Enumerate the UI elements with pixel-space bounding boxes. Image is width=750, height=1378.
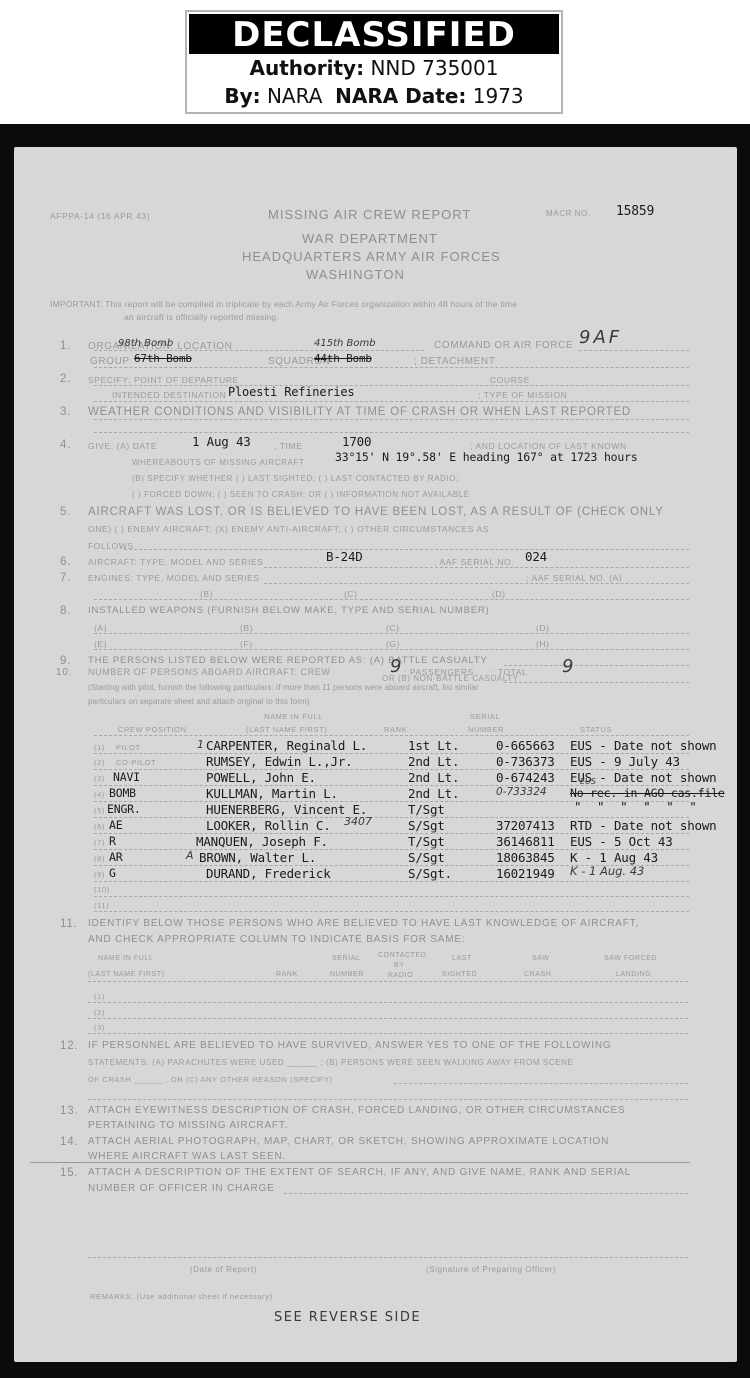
loss-cause-label: AIRCRAFT WAS LOST, OR IS BELIEVED TO HAV… [88, 506, 664, 518]
rule [88, 1033, 688, 1034]
s11-header-rank: RANK [276, 971, 298, 978]
s11-header-last: SIGHTED [442, 971, 477, 978]
crew-name: DURAND, Frederick [206, 866, 331, 881]
rule [94, 385, 689, 386]
crew-rank: 2nd Lt. [408, 770, 459, 785]
section-11-line-1: IDENTIFY BELOW THOSE PERSONS WHO ARE BEL… [88, 918, 639, 929]
squadron-value: 44th Bomb [314, 352, 372, 365]
section-12-line-1: IF PERSONNEL ARE BELIEVED TO HAVE SURVIV… [88, 1040, 611, 1051]
time-label: , TIME [274, 441, 302, 451]
crew-rank: T/Sgt [408, 834, 445, 849]
crew-count: 9 [390, 656, 401, 677]
name-handwritten: 3407 [344, 815, 372, 828]
crew-serial: 16021949 [496, 866, 555, 881]
rule [284, 1193, 688, 1194]
crew-status: K - 1 Aug. 43 [570, 864, 644, 878]
loss-cause-options: ONE) ( ) ENEMY AIRCRAFT; (X) ENEMY ANTI-… [88, 524, 489, 534]
authority-label: Authority: [250, 56, 365, 80]
section-13-line-1: ATTACH EYEWITNESS DESCRIPTION OF CRASH, … [88, 1105, 625, 1116]
s11-row-2: (2) [94, 1008, 105, 1017]
date-label: NARA Date: [335, 84, 466, 108]
squadron-handwritten: 415th Bomb [314, 338, 376, 349]
crew-position: AE [109, 818, 122, 832]
row-number: (1) [94, 743, 105, 752]
engine-b-label: (B) [200, 589, 213, 599]
section-10-number: 10. [56, 667, 72, 678]
rule [94, 633, 689, 634]
declassified-stamp: DECLASSIFIED Authority: NND 735001 By: N… [185, 10, 563, 114]
s11-header-contacted: RADIO [388, 972, 413, 979]
rule [94, 599, 689, 600]
engine-d-label: (D) [492, 589, 506, 599]
crew-position: R [109, 834, 116, 848]
header-name: (LAST NAME FIRST) [246, 725, 327, 734]
macr-label: MACR NO. [546, 209, 591, 218]
crew-rank: S/Sgt [408, 850, 445, 865]
crew-name: RUMSEY, Edwin L.,Jr. [206, 754, 353, 769]
crew-rank: 2nd Lt. [408, 754, 459, 769]
dept-line: WAR DEPARTMENT [302, 231, 438, 246]
weapon-d: (D) [536, 623, 550, 633]
rule [124, 549, 689, 550]
date-label: GIVE: (A) DATE [88, 441, 157, 451]
rule [94, 350, 424, 351]
crew-serial: 0-665663 [496, 738, 555, 753]
city-line: WASHINGTON [306, 267, 405, 282]
signature-rule [88, 1257, 688, 1258]
crew-position: PILOT [116, 743, 141, 752]
section-12-line-2: STATEMENTS: (A) PARACHUTES WERE USED ___… [88, 1058, 574, 1067]
by-value: NARA [267, 84, 322, 108]
crash-options: ( ) FORCED DOWN; ( ) SEEN TO CRASH; OR (… [132, 490, 470, 499]
section-12-line-3: OF CRASH ______ ; OR (C) ANY OTHER REASO… [88, 1075, 333, 1084]
stamp-title: DECLASSIFIED [189, 14, 559, 54]
s11-header-name-top: NAME IN FULL [98, 955, 153, 962]
rule [94, 419, 689, 420]
loss-date: 1 Aug 43 [192, 434, 251, 449]
crew-position: AR [109, 850, 122, 864]
s11-header-contacted-top: CONTACTED [378, 952, 426, 959]
rule [504, 682, 689, 683]
group-handwritten: 98th Bomb [118, 338, 173, 349]
rule [94, 649, 689, 650]
s11-row-1: (1) [94, 992, 105, 1001]
section-4-number: 4. [60, 439, 71, 451]
rule [88, 1002, 688, 1003]
weapon-b: (B) [240, 623, 253, 633]
report-page: AFPPA-14 (16 APR 43) MISSING AIR CREW RE… [14, 147, 737, 1362]
rule [94, 401, 689, 402]
section-7-number: 7. [60, 572, 71, 584]
crew-name: KULLMAN, Martin L. [206, 786, 338, 801]
s11-header-saw-top: SAW [532, 955, 550, 962]
handwritten-mark: A [186, 849, 194, 862]
header-serial: NUMBER [468, 725, 504, 734]
s11-row-3: (3) [94, 1023, 105, 1032]
important-note-1: IMPORTANT: This report will be compiled … [50, 299, 517, 309]
rule [94, 735, 689, 736]
stamp-by-date: By: NARA NARA Date: 1973 [187, 82, 561, 110]
crew-rank: 2nd Lt. [408, 786, 459, 801]
header-rank: RANK [384, 725, 407, 734]
row-number: (7) [94, 838, 105, 847]
crew-rank: T/Sgt [408, 802, 445, 817]
crew-rank: 1st Lt. [408, 738, 459, 753]
crew-serial: 18063845 [496, 850, 555, 865]
weapons-label: INSTALLED WEAPONS (FURNISH BELOW MAKE, T… [88, 605, 490, 616]
s11-header-name: (LAST NAME FIRST) [88, 971, 165, 978]
section-12-number: 12. [60, 1040, 78, 1052]
sighting-options: (B) SPECIFY WHETHER ( ) LAST SIGHTED; ( … [132, 474, 459, 483]
total-count: 9 [562, 656, 573, 677]
status-handwritten: EUS [580, 777, 596, 786]
crew-serial: 36146811 [496, 834, 555, 849]
rule [394, 1083, 688, 1084]
s11-header-serial: NUMBER [330, 971, 364, 978]
crew-name: POWELL, John E. [206, 770, 316, 785]
signature-label: (Signature of Preparing Officer) [426, 1265, 556, 1274]
section-9-number: 9. [60, 655, 71, 667]
rule [94, 432, 689, 433]
macr-number: 15859 [616, 204, 654, 219]
rule [504, 665, 689, 666]
aircraft-serial-label: ; AAF SERIAL NO. [434, 557, 514, 567]
rule [94, 367, 689, 368]
crew-name: BROWN, Walter L. [199, 850, 316, 865]
rule [88, 1018, 688, 1019]
section-3-number: 3. [60, 406, 71, 418]
command-label: COMMAND OR AIR FORCE [434, 340, 573, 351]
row-number: (4) [94, 790, 105, 799]
form-title: MISSING AIR CREW REPORT [268, 207, 471, 222]
form-id: AFPPA-14 (16 APR 43) [50, 211, 150, 221]
handwritten-mark: 1 [197, 738, 204, 751]
important-note-2: an aircraft is officially reported missi… [124, 312, 279, 322]
weapon-g: (G) [386, 639, 400, 649]
aircraft-serial: 024 [525, 549, 547, 564]
section-6-number: 6. [60, 556, 71, 568]
s11-header-forced-top: SAW FORCED [604, 955, 657, 962]
section-1-number: 1. [60, 340, 71, 352]
passengers-label: ; PASSENGERS [404, 667, 474, 677]
header-name-top: NAME IN FULL [264, 712, 323, 721]
crew-status: No rec. in AGO cas.file [570, 786, 725, 800]
rule [30, 1162, 690, 1163]
mission-type-label: ; TYPE OF MISSION [478, 390, 567, 400]
aircraft-type-label: AIRCRAFT: TYPE, MODEL AND SERIES [88, 557, 264, 567]
authority-value: NND 735001 [370, 56, 498, 80]
header-status: STATUS [580, 725, 612, 734]
crew-rank: S/Sgt [408, 818, 445, 833]
crew-position: G [109, 866, 116, 880]
row-number: (8) [94, 854, 105, 863]
section-13-line-2: PERTAINING TO MISSING AIRCRAFT. [88, 1120, 288, 1131]
weather-label: WEATHER CONDITIONS AND VISIBILITY AT TIM… [88, 406, 631, 418]
crew-status: " " " " " " [574, 799, 701, 814]
engine-c-label: (C) [344, 589, 358, 599]
total-label: ; TOTAL [492, 667, 527, 677]
section-11-number: 11. [60, 918, 78, 930]
crew-position: BOMB [109, 786, 136, 800]
persons-aboard-label: NUMBER OF PERSONS ABOARD AIRCRAFT: CREW [88, 667, 330, 677]
remarks-handwritten: SEE REVERSE SIDE [274, 1310, 421, 1325]
section-14-line-1: ATTACH AERIAL PHOTOGRAPH, MAP, CHART, OR… [88, 1136, 609, 1147]
row-number: (9) [94, 870, 105, 879]
crew-status: EUS - 9 July 43 [570, 754, 680, 769]
section-15-line-2: NUMBER OF OFFICER IN CHARGE [88, 1183, 275, 1194]
crew-serial: 0-674243 [496, 770, 555, 785]
header-crew-position: CREW POSITION [118, 725, 187, 734]
crew-name: HUENERBERG, Vincent E. [206, 802, 367, 817]
particulars-note-2: particulars on separate sheet and attach… [88, 697, 310, 706]
crew-serial: 0-736373 [496, 754, 555, 769]
crew-status: K - 1 Aug 43 [570, 850, 658, 865]
row-number: (6) [94, 822, 105, 831]
rule [264, 567, 689, 568]
stamp-authority: Authority: NND 735001 [187, 54, 561, 82]
casualty-label: THE PERSONS LISTED BELOW WERE REPORTED A… [88, 655, 488, 666]
crew-serial: 0-733324 [496, 786, 547, 798]
row-number: (10) [94, 885, 110, 894]
destination-value: Ploesti Refineries [228, 385, 354, 399]
remarks-label: REMARKS: (Use additional sheet if necess… [90, 1292, 273, 1301]
loss-time: 1700 [342, 434, 371, 449]
whereabouts-value: 33°15' N 19°.58' E heading 167° at 1723 … [335, 450, 638, 464]
whereabouts-label: WHEREABOUTS OF MISSING AIRCRAFT [132, 458, 304, 467]
s11-header-serial-top: SERIAL [332, 955, 361, 962]
section-11-line-2: AND CHECK APPROPRIATE COLUMN TO INDICATE… [88, 934, 465, 945]
group-label: GROUP [90, 356, 130, 367]
row-number: (5) [94, 806, 105, 815]
weapon-a: (A) [94, 623, 107, 633]
rule [94, 881, 689, 882]
section-15-line-1: ATTACH A DESCRIPTION OF THE EXTENT OF SE… [88, 1167, 631, 1178]
crew-status: EUS - 5 Oct 43 [570, 834, 673, 849]
s11-header-saw: CRASH [524, 971, 552, 978]
crew-name: MANQUEN, Joseph F. [196, 834, 328, 849]
header-serial-top: SERIAL [470, 712, 500, 721]
crew-name: LOOKER, Rollin C. [206, 818, 331, 833]
rule [88, 1099, 688, 1100]
crew-rank: S/Sgt. [408, 866, 452, 881]
crew-status: RTD - Date not shown [570, 818, 717, 833]
weapon-c: (C) [386, 623, 400, 633]
command-value: 9AF [579, 327, 622, 348]
crew-serial: 37207413 [496, 818, 555, 833]
rule [94, 896, 689, 897]
section-14-line-2: WHERE AIRCRAFT WAS LAST SEEN. [88, 1151, 286, 1162]
row-number: (3) [94, 774, 105, 783]
group-value: 67th Bomb [134, 352, 192, 365]
crew-status: EUS - Date not shown [570, 738, 717, 753]
section-8-number: 8. [60, 605, 71, 617]
particulars-note-1: (Starting with pilot, furnish the follow… [88, 683, 479, 692]
rule [88, 981, 688, 982]
row-number: (2) [94, 758, 105, 767]
course-label: COURSE [490, 375, 530, 385]
section-14-number: 14. [60, 1136, 78, 1148]
weapon-f: (F) [240, 639, 253, 649]
engine-serial-label: ; AAF SERIAL NO. (A) [526, 573, 622, 583]
rule [94, 911, 689, 912]
departure-label: SPECIFY: POINT OF DEPARTURE [88, 375, 239, 385]
hq-line: HEADQUARTERS ARMY AIR FORCES [242, 249, 501, 264]
section-5-number: 5. [60, 506, 71, 518]
crew-name: CARPENTER, Reginald L. [206, 738, 367, 753]
date-of-report-label: (Date of Report) [190, 1265, 257, 1274]
aircraft-type: B-24D [326, 549, 363, 564]
engines-label: ENGINES: TYPE, MODEL AND SERIES [88, 573, 260, 583]
s11-header-contacted-mid: BY [394, 962, 405, 969]
rule [579, 350, 689, 351]
detachment-label: ; DETACHMENT [414, 356, 495, 367]
crew-position: ENGR. [107, 802, 141, 816]
section-13-number: 13. [60, 1105, 78, 1117]
s11-header-last-top: LAST [452, 955, 472, 962]
crew-position: NAVI [113, 770, 140, 784]
row-number: (11) [94, 901, 109, 910]
by-label: By: [224, 84, 260, 108]
destination-label: INTENDED DESTINATION [112, 390, 226, 400]
rule [264, 583, 689, 584]
weapon-h: (H) [536, 639, 550, 649]
weapon-e: (E) [94, 639, 107, 649]
section-15-number: 15. [60, 1167, 78, 1179]
date-value: 1973 [473, 84, 524, 108]
crew-position: CO-PILOT [116, 758, 156, 767]
section-2-number: 2. [60, 373, 71, 385]
s11-header-forced: LANDING [616, 971, 651, 978]
